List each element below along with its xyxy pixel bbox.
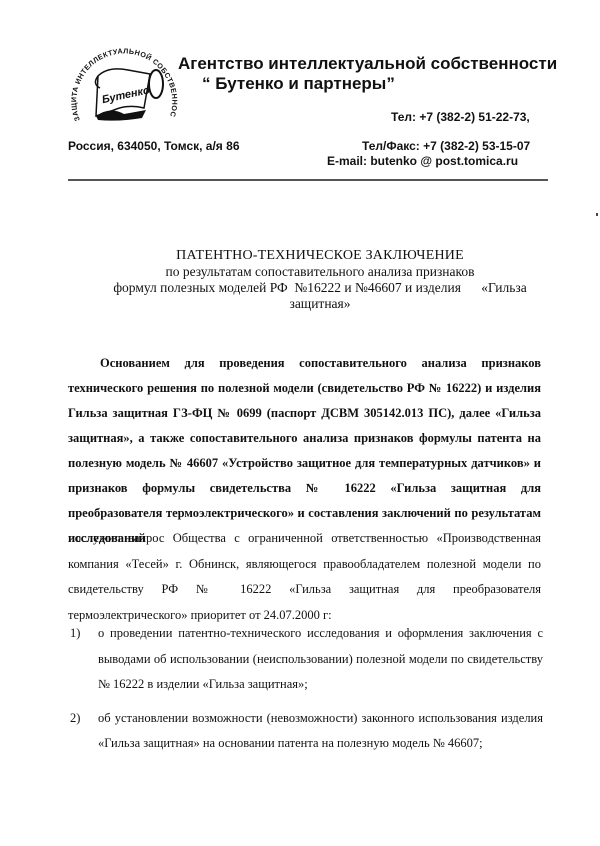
title-line-3: формул полезных моделей РФ №16222 и №466… bbox=[80, 280, 560, 296]
document-title: ПАТЕНТНО-ТЕХНИЧЕСКОЕ ЗАКЛЮЧЕНИЕ по резул… bbox=[80, 248, 560, 312]
basis-text: Основанием для проведения сопоставительн… bbox=[68, 351, 541, 551]
agency-name-line2: “ Бутенко и партнеры” bbox=[178, 74, 557, 94]
list-item-text: об установлении возможности (невозможнос… bbox=[98, 706, 543, 757]
fax-number: Тел/Факс: +7 (382-2) 53-15-07 bbox=[362, 139, 530, 153]
logo-emblem-icon: ЗАЩИТА ИНТЕЛЛЕКТУАЛЬНОЙ СОБСТВЕННОСТИ Бу… bbox=[58, 28, 188, 138]
email-address: E-mail: butenko @ post.tomica.ru bbox=[327, 154, 518, 168]
list-item: 1) о проведении патентно-технического ис… bbox=[70, 621, 543, 698]
title-line-2: по результатам сопоставительного анализа… bbox=[80, 264, 560, 280]
phone-number: Тел: +7 (382-2) 51-22-73, bbox=[391, 110, 530, 124]
postal-address: Россия, 634050, Томск, а/я 86 bbox=[68, 139, 240, 153]
request-items-list: 1) о проведении патентно-технического ис… bbox=[70, 621, 543, 765]
title-line-1: ПАТЕНТНО-ТЕХНИЧЕСКОЕ ЗАКЛЮЧЕНИЕ bbox=[80, 248, 560, 264]
list-item: 2) об установлении возможности (невозмож… bbox=[70, 706, 543, 757]
request-paragraph: послужил запрос Общества с ограниченной … bbox=[68, 526, 541, 628]
list-item-text: о проведении патентно-технического иссле… bbox=[98, 621, 543, 698]
basis-paragraph: Основанием для проведения сопоставительн… bbox=[68, 351, 541, 551]
agency-logo: ЗАЩИТА ИНТЕЛЛЕКТУАЛЬНОЙ СОБСТВЕННОСТИ Бу… bbox=[58, 28, 188, 138]
agency-name-line1: Агентство интеллектуальной собственности bbox=[178, 54, 557, 73]
scan-speck bbox=[596, 213, 598, 216]
list-item-number: 2) bbox=[70, 706, 98, 757]
title-line-4: защитная» bbox=[80, 296, 560, 312]
header-divider bbox=[68, 179, 548, 181]
agency-name: Агентство интеллектуальной собственности… bbox=[178, 54, 557, 94]
list-item-number: 1) bbox=[70, 621, 98, 698]
